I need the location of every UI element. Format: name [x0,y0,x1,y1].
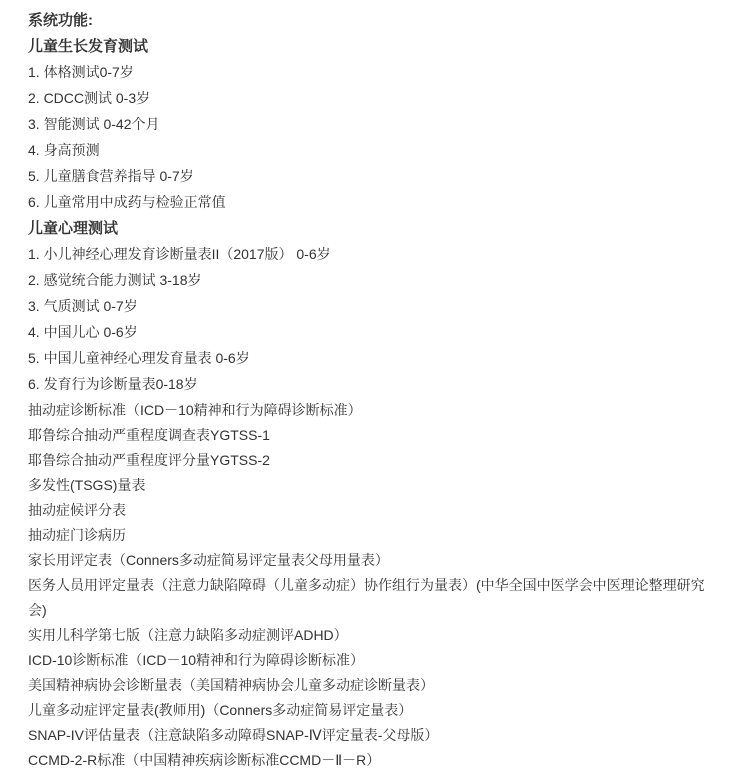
list-item: 6. 儿童常用中成药与检验正常值 [28,190,711,215]
article-body: 系统功能: 儿童生长发育测试 1. 体格测试0-7岁 2. CDCC测试 0-3… [0,0,739,782]
page-title: 系统功能: [28,8,711,33]
list-item: ICD-10诊断标准（ICD－10精神和行为障碍诊断标准） [28,648,711,673]
list-item: SNAP-IV评估量表（注意缺陷多动障碍SNAP-Ⅳ评定量表-父母版） [28,723,711,748]
list-item: 1. 小儿神经心理发育诊断量表II（2017版） 0-6岁 [28,242,711,267]
list-item: 3. 智能测试 0-42个月 [28,112,711,137]
list-item: 儿童多动症评定量表(教师用)（Conners多动症简易评定量表） [28,698,711,723]
scales-list: 抽动症诊断标准（ICD－10精神和行为障碍诊断标准） 耶鲁综合抽动严重程度调查表… [28,398,711,773]
list-item: 6. 发育行为诊断量表0-18岁 [28,372,711,397]
psych-test-list: 1. 小儿神经心理发育诊断量表II（2017版） 0-6岁 2. 感觉统合能力测… [28,242,711,397]
section-heading-growth: 儿童生长发育测试 [28,34,711,59]
list-item: 1. 体格测试0-7岁 [28,60,711,85]
list-item: 美国精神病协会诊断量表（美国精神病协会儿童多动症诊断量表） [28,673,711,698]
list-item: 3. 气质测试 0-7岁 [28,294,711,319]
section-heading-psych: 儿童心理测试 [28,216,711,241]
list-item: 5. 儿童膳食营养指导 0-7岁 [28,164,711,189]
list-item: 多发性(TSGS)量表 [28,473,711,498]
list-item: 家长用评定表（Conners多动症简易评定量表父母用量表） [28,548,711,573]
list-item: CCMD-2-R标准（中国精神疾病诊断标准CCMD－Ⅱ－R） [28,748,711,773]
section-growth-test: 儿童生长发育测试 1. 体格测试0-7岁 2. CDCC测试 0-3岁 3. 智… [28,34,711,215]
list-item: 抽动症诊断标准（ICD－10精神和行为障碍诊断标准） [28,398,711,423]
list-item: 抽动症候评分表 [28,498,711,523]
growth-test-list: 1. 体格测试0-7岁 2. CDCC测试 0-3岁 3. 智能测试 0-42个… [28,60,711,215]
list-item: 4. 中国儿心 0-6岁 [28,320,711,345]
list-item: 抽动症门诊病历 [28,523,711,548]
section-psych-test: 儿童心理测试 1. 小儿神经心理发育诊断量表II（2017版） 0-6岁 2. … [28,216,711,397]
list-item: 医务人员用评定量表（注意力缺陷障碍（儿童多动症）协作组行为量表）(中华全国中医学… [28,573,711,623]
list-item: 耶鲁综合抽动严重程度调查表YGTSS-1 [28,423,711,448]
list-item: 5. 中国儿童神经心理发育量表 0-6岁 [28,346,711,371]
list-item: 实用儿科学第七版（注意力缺陷多动症测评ADHD） [28,623,711,648]
list-item: 耶鲁综合抽动严重程度评分量YGTSS-2 [28,448,711,473]
list-item: 4. 身高预测 [28,138,711,163]
list-item: 2. CDCC测试 0-3岁 [28,86,711,111]
list-item: 2. 感觉统合能力测试 3-18岁 [28,268,711,293]
